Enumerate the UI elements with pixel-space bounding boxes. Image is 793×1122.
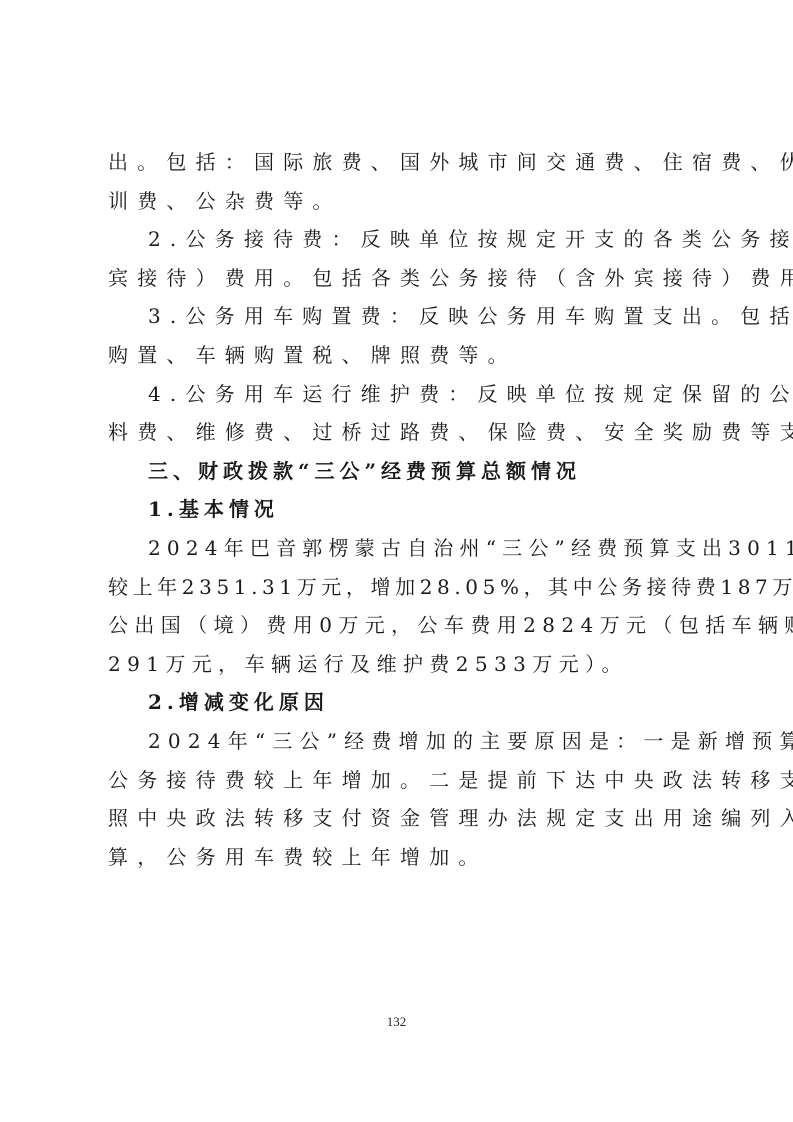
paragraph-line: 291万元，车辆运行及维护费2533万元）。 (108, 645, 700, 684)
paragraph-line: 公务接待费较上年增加。二是提前下达中央政法转移支付资金按 (108, 761, 700, 800)
document-body: 出。包括：国际旅费、国外城市间交通费、住宿费、伙食费、培 训费、公杂费等。 2.… (108, 143, 700, 876)
paragraph-line: 算，公务用车费较上年增加。 (108, 838, 700, 877)
section-heading: 三、财政拨款“三公”经费预算总额情况 (108, 452, 700, 491)
subsection-heading-basic: 1.基本情况 (108, 490, 700, 529)
paragraph-line: 2024年“三公”经费增加的主要原因是：一是新增预算单位， (108, 722, 700, 761)
paragraph-line: 较上年2351.31万元，增加28.05%，其中公务接待费187万元，因 (108, 568, 700, 607)
item-vehicle-purchase-line: 3.公务用车购置费：反映公务用车购置支出。包括公务用车 (108, 297, 700, 336)
paragraph-line: 购置、车辆购置税、牌照费等。 (108, 336, 700, 375)
paragraph-line: 料费、维修费、过桥过路费、保险费、安全奖励费等支出。 (108, 413, 700, 452)
paragraph-line: 2024年巴音郭楞蒙古自治州“三公”经费预算支出3011万元， (108, 529, 700, 568)
page-number: 132 (0, 1014, 793, 1030)
item-public-reception-line: 2.公务接待费：反映单位按规定开支的各类公务接待（含外 (108, 220, 700, 259)
item-vehicle-operation-line: 4.公务用车运行维护费：反映单位按规定保留的公务用车燃 (108, 375, 700, 414)
paragraph-line: 出。包括：国际旅费、国外城市间交通费、住宿费、伙食费、培 (108, 143, 700, 182)
paragraph-line: 训费、公杂费等。 (108, 182, 700, 221)
paragraph-line: 宾接待）费用。包括各类公务接待（含外宾接待）费用等。 (108, 259, 700, 298)
paragraph-line: 照中央政法转移支付资金管理办法规定支出用途编列入年初预 (108, 799, 700, 838)
paragraph-line: 公出国（境）费用0万元，公车费用2824万元（包括车辆购置费 (108, 606, 700, 645)
subsection-heading-change: 2.增减变化原因 (108, 683, 700, 722)
